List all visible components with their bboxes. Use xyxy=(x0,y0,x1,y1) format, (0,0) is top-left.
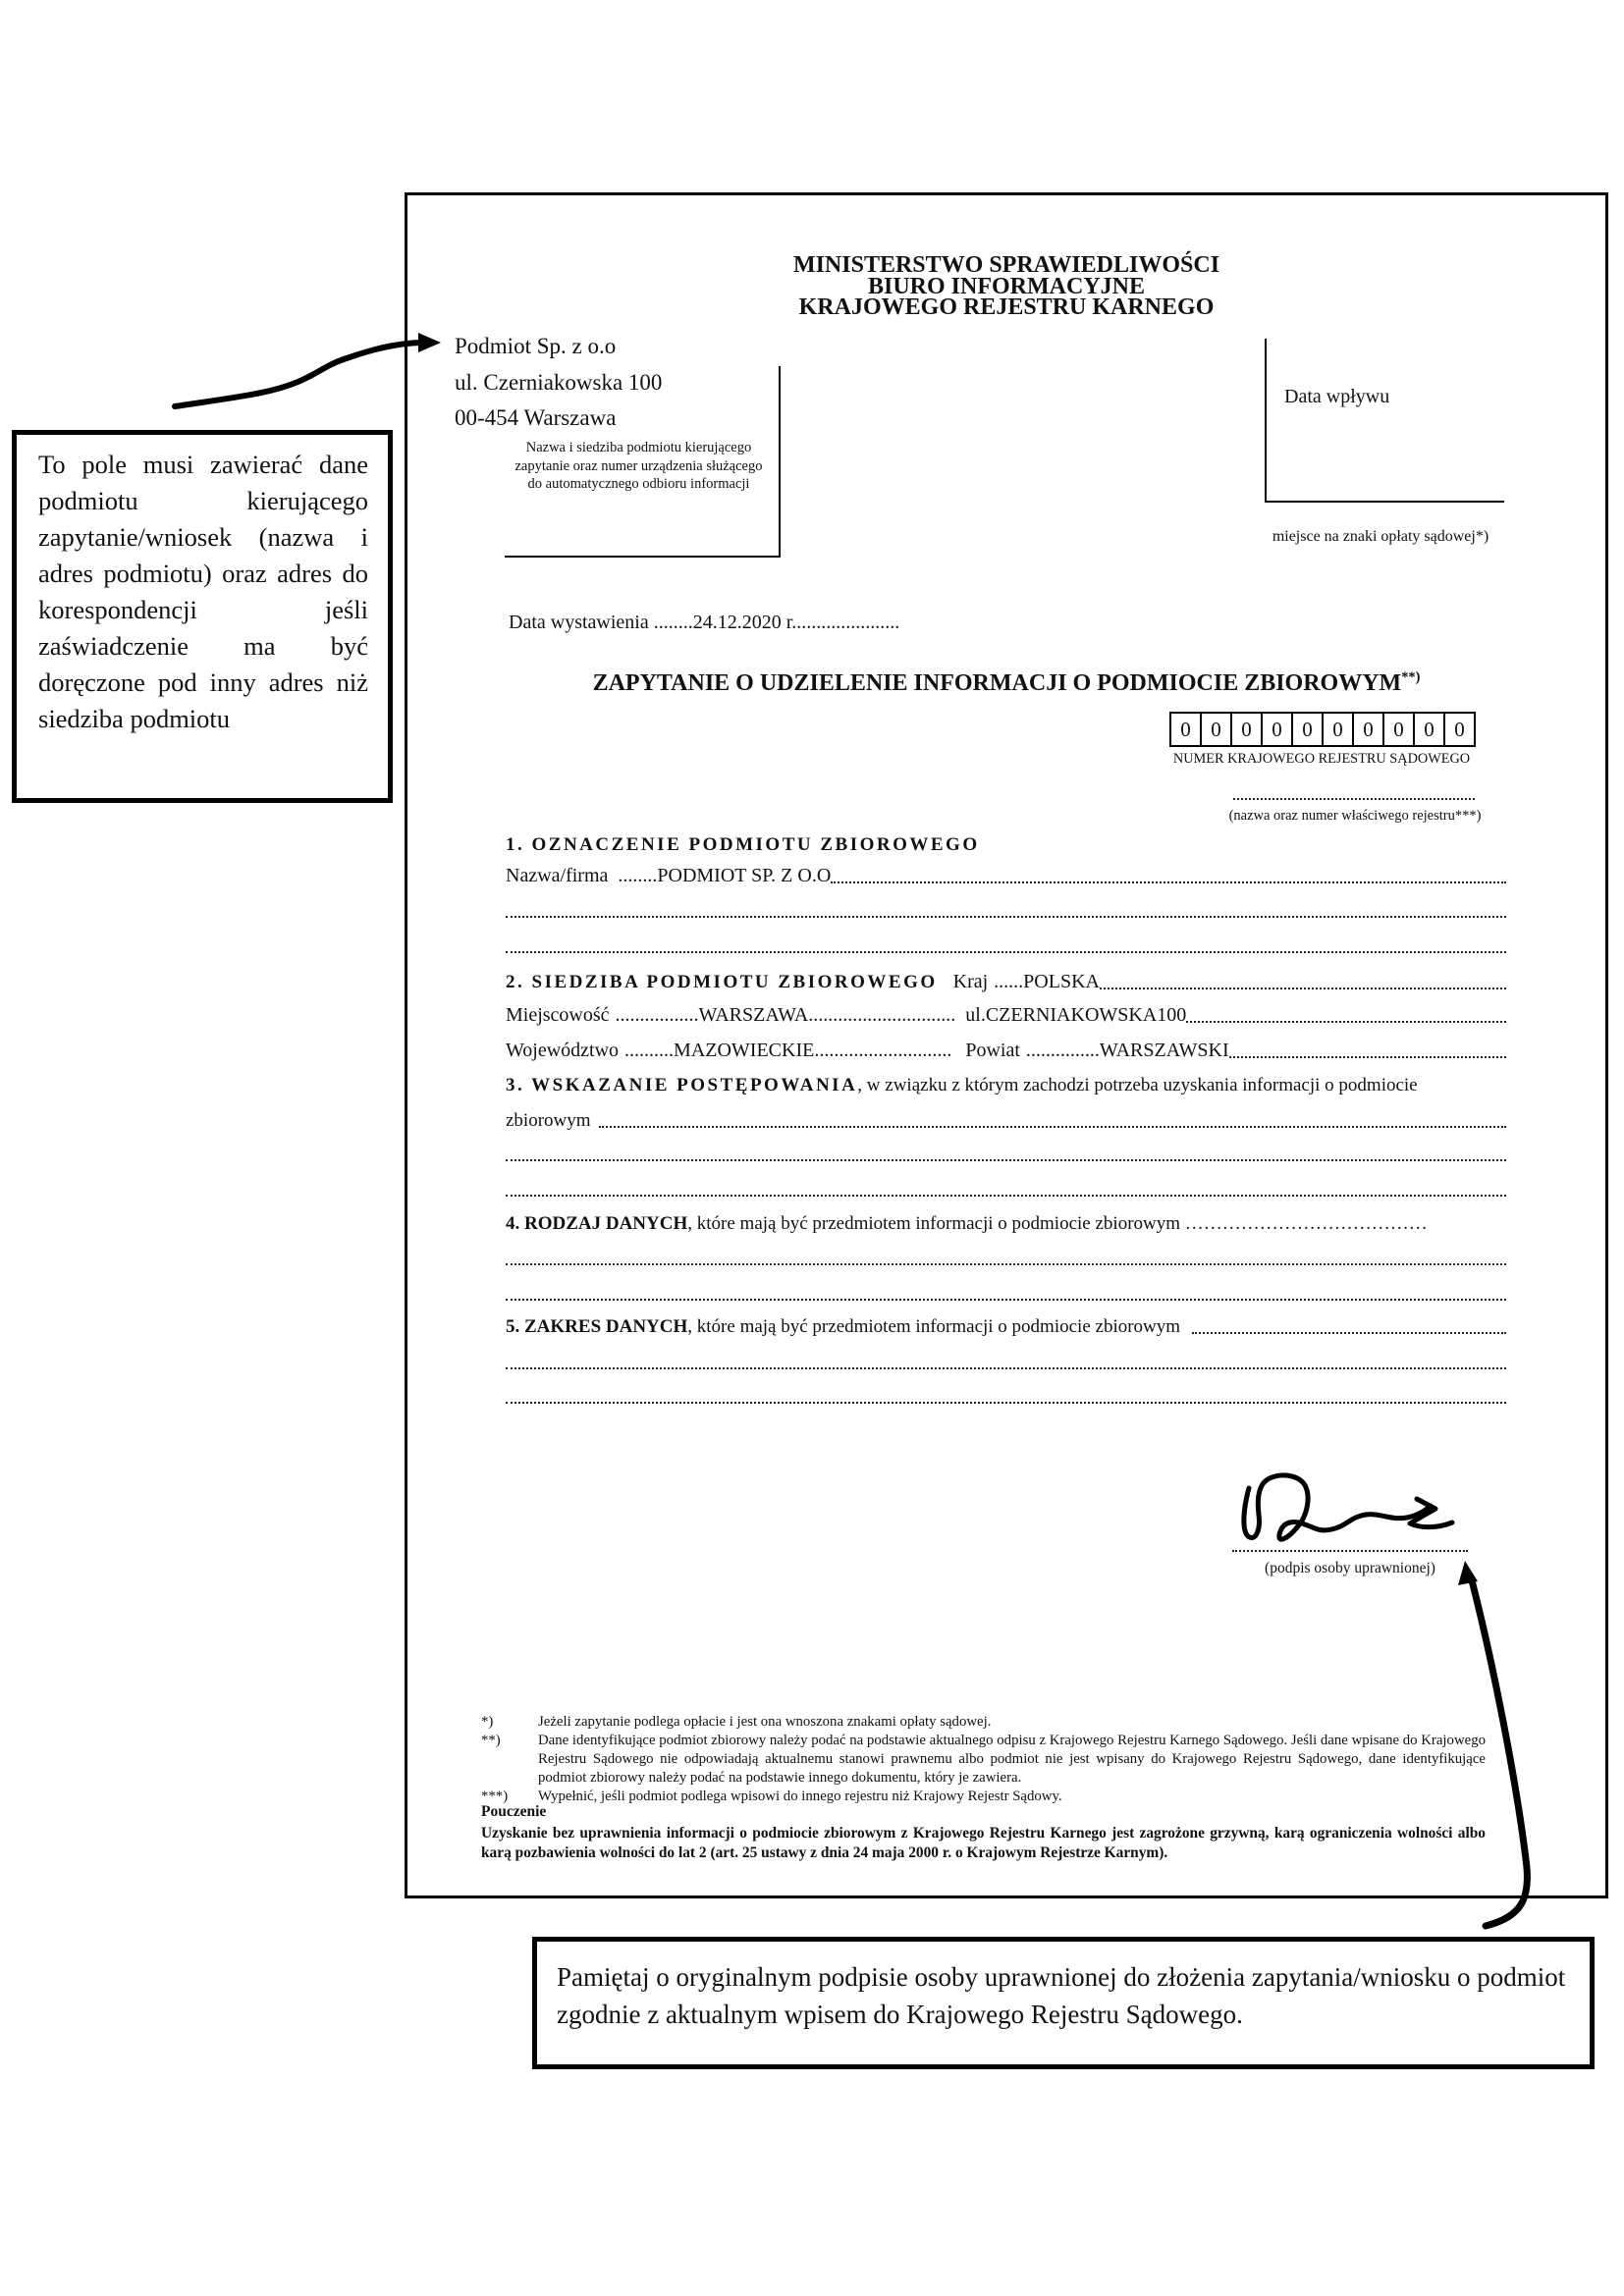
section-4-row: 4. RODZAJ DANYCH, które mają być przedmi… xyxy=(506,1213,1506,1235)
powiat-label: Powiat xyxy=(965,1040,1020,1062)
wojewodztwo-label: Województwo xyxy=(506,1040,619,1062)
blank-dotted-line xyxy=(506,1263,1506,1265)
register-caption: (nazwa oraz numer właściwego rejestru***… xyxy=(1193,808,1517,825)
krs-number-boxes: 0 0 0 0 0 0 0 0 0 0 xyxy=(1169,712,1476,747)
dotted-fill xyxy=(1192,1332,1506,1334)
dotted-fill xyxy=(1100,988,1506,989)
form-sheet: MINISTERSTWO SPRAWIEDLIWOŚCI BIURO INFOR… xyxy=(405,192,1608,1898)
blank-dotted-line xyxy=(506,916,1506,918)
name-value: ........PODMIOT SP. Z O.O xyxy=(618,865,831,887)
section-2-heading: 2. SIEDZIBA PODMIOTU ZBIOROWEGO xyxy=(506,972,938,993)
powiat-value: ...............WARSZAWSKI xyxy=(1026,1040,1229,1062)
sender-name: Podmiot Sp. z o.o xyxy=(455,329,662,365)
krs-digit-cell: 0 xyxy=(1413,712,1445,747)
section-5-rest: , które mają być przedmiotem informacji … xyxy=(687,1316,1180,1338)
krs-digit-cell: 0 xyxy=(1169,712,1202,747)
section-3-cont: zbiorowym xyxy=(506,1110,591,1132)
blank-dotted-line xyxy=(506,1195,1506,1197)
issue-date-row: Data wystawienia ........24.12.2020 r...… xyxy=(509,612,899,634)
krs-digit-cell: 0 xyxy=(1200,712,1232,747)
street-value: ul.CZERNIAKOWSKA100 xyxy=(965,1004,1186,1027)
blank-dotted-line xyxy=(506,951,1506,953)
sender-box-caption: Nazwa i siedziba podmiotu kierującego za… xyxy=(511,439,767,494)
name-label: Nazwa/firma xyxy=(506,865,608,887)
section-3-heading: 3. WSKAZANIE POSTĘPOWANIA xyxy=(506,1075,857,1095)
krs-digit-cell: 0 xyxy=(1443,712,1476,747)
blank-dotted-line xyxy=(506,1402,1506,1404)
bottom-annotation-text: Pamiętaj o oryginalnym podpisie osoby up… xyxy=(557,1962,1565,2029)
sender-street: ul. Czerniakowska 100 xyxy=(455,365,662,401)
dotted-fill xyxy=(1186,1021,1506,1023)
footnote-1: *) Jeżeli zapytanie podlega opłacie i je… xyxy=(481,1713,1486,1732)
section-4-rest: , które mają być przedmiotem informacji … xyxy=(687,1213,1185,1234)
section-2-region-row: Województwo ..........MAZOWIECKIE.......… xyxy=(506,1040,1506,1062)
section-4-heading: 4. RODZAJ DANYCH xyxy=(506,1213,687,1234)
footnote-2-text: Dane identyfikujące podmiot zbiorowy nal… xyxy=(538,1732,1486,1788)
form-title-footnote-ref: **) xyxy=(1401,669,1420,685)
section-5-row: 5. ZAKRES DANYCH , które mają być przedm… xyxy=(506,1316,1506,1338)
sender-address: Podmiot Sp. z o.o ul. Czerniakowska 100 … xyxy=(455,329,662,437)
pouczenie-text: Uzyskanie bez uprawnienia informacji o p… xyxy=(481,1824,1486,1863)
section-3-cont-row: zbiorowym xyxy=(506,1110,1506,1132)
footnote-2: **) Dane identyfikujące podmiot zbiorowy… xyxy=(481,1732,1486,1788)
bottom-annotation-box: Pamiętaj o oryginalnym podpisie osoby up… xyxy=(532,1937,1595,2069)
section-5-heading: 5. ZAKRES DANYCH xyxy=(506,1316,687,1338)
register-dotted-line xyxy=(1233,798,1475,800)
footnote-1-text: Jeżeli zapytanie podlega opłacie i jest … xyxy=(538,1713,1486,1732)
dotted-fill xyxy=(599,1126,1506,1128)
form-title-text: ZAPYTANIE O UDZIELENIE INFORMACJI O PODM… xyxy=(593,670,1402,696)
signature-dotted-line xyxy=(1232,1550,1468,1552)
miejscowosc-label: Miejscowość xyxy=(506,1004,610,1027)
stamp-caption: miejsce na znaki opłaty sądowej*) xyxy=(1250,528,1511,546)
krs-digit-cell: 0 xyxy=(1261,712,1293,747)
footnote-3-text: Wypełnić, jeśli podmiot podlega wpisowi … xyxy=(538,1788,1486,1806)
pouczenie-heading: Pouczenie xyxy=(481,1803,546,1821)
receipt-date-box: Data wpływu xyxy=(1265,339,1504,503)
section-4-trail-dots: ………………………………… xyxy=(1185,1213,1428,1234)
form-title: ZAPYTANIE O UDZIELENIE INFORMACJI O PODM… xyxy=(407,669,1605,697)
document-page: To pole musi zawierać dane podmiotu kier… xyxy=(0,0,1624,2296)
dotted-fill xyxy=(1229,1056,1506,1058)
krs-number-label: NUMER KRAJOWEGO REJESTRU SĄDOWEGO xyxy=(1160,751,1484,768)
wojewodztwo-value: ..........MAZOWIECKIE...................… xyxy=(624,1040,951,1062)
footnotes: *) Jeżeli zapytanie podlega opłacie i je… xyxy=(481,1713,1486,1806)
section-1-heading: 1. OZNACZENIE PODMIOTU ZBIOROWEGO xyxy=(506,834,980,856)
section-2-city-row: Miejscowość .................WARSZAWA...… xyxy=(506,1004,1506,1027)
receipt-date-label: Data wpływu xyxy=(1284,386,1389,408)
left-annotation-text: To pole musi zawierać dane podmiotu kier… xyxy=(38,450,368,733)
krs-digit-cell: 0 xyxy=(1322,712,1354,747)
arrow-to-sender-icon xyxy=(175,333,441,406)
issue-date-value: ........24.12.2020 r....................… xyxy=(654,612,900,633)
blank-dotted-line xyxy=(506,1159,1506,1161)
krs-digit-cell: 0 xyxy=(1230,712,1263,747)
krs-digit-cell: 0 xyxy=(1291,712,1324,747)
krs-digit-cell: 0 xyxy=(1382,712,1415,747)
blank-dotted-line xyxy=(506,1299,1506,1301)
footnote-2-marker: **) xyxy=(481,1732,538,1788)
miejscowosc-value: .................WARSZAWA...............… xyxy=(616,1004,956,1027)
dotted-fill xyxy=(831,881,1506,883)
footnote-3: ***) Wypełnić, jeśli podmiot podlega wpi… xyxy=(481,1788,1486,1806)
left-annotation-box: To pole musi zawierać dane podmiotu kier… xyxy=(12,430,393,803)
section-3-rest: , w związku z którym zachodzi potrzeba u… xyxy=(857,1075,1417,1095)
kraj-value: ......POLSKA xyxy=(994,971,1100,993)
header-line-3: KRAJOWEGO REJESTRU KARNEGO xyxy=(407,297,1605,319)
section-2-heading-row: 2. SIEDZIBA PODMIOTU ZBIOROWEGO Kraj ...… xyxy=(506,971,1506,993)
issue-date-label: Data wystawienia xyxy=(509,612,649,633)
blank-dotted-line xyxy=(506,1367,1506,1369)
form-header: MINISTERSTWO SPRAWIEDLIWOŚCI BIURO INFOR… xyxy=(407,255,1605,319)
krs-digit-cell: 0 xyxy=(1352,712,1384,747)
footnote-1-marker: *) xyxy=(481,1713,538,1732)
kraj-label: Kraj xyxy=(953,971,989,993)
section-3-heading-row: 3. WSKAZANIE POSTĘPOWANIA, w związku z k… xyxy=(506,1075,1506,1096)
section-1-name-row: Nazwa/firma ........PODMIOT SP. Z O.O xyxy=(506,865,1506,887)
sender-city: 00-454 Warszawa xyxy=(455,400,662,437)
signature-caption: (podpis osoby uprawnionej) xyxy=(1222,1560,1478,1577)
